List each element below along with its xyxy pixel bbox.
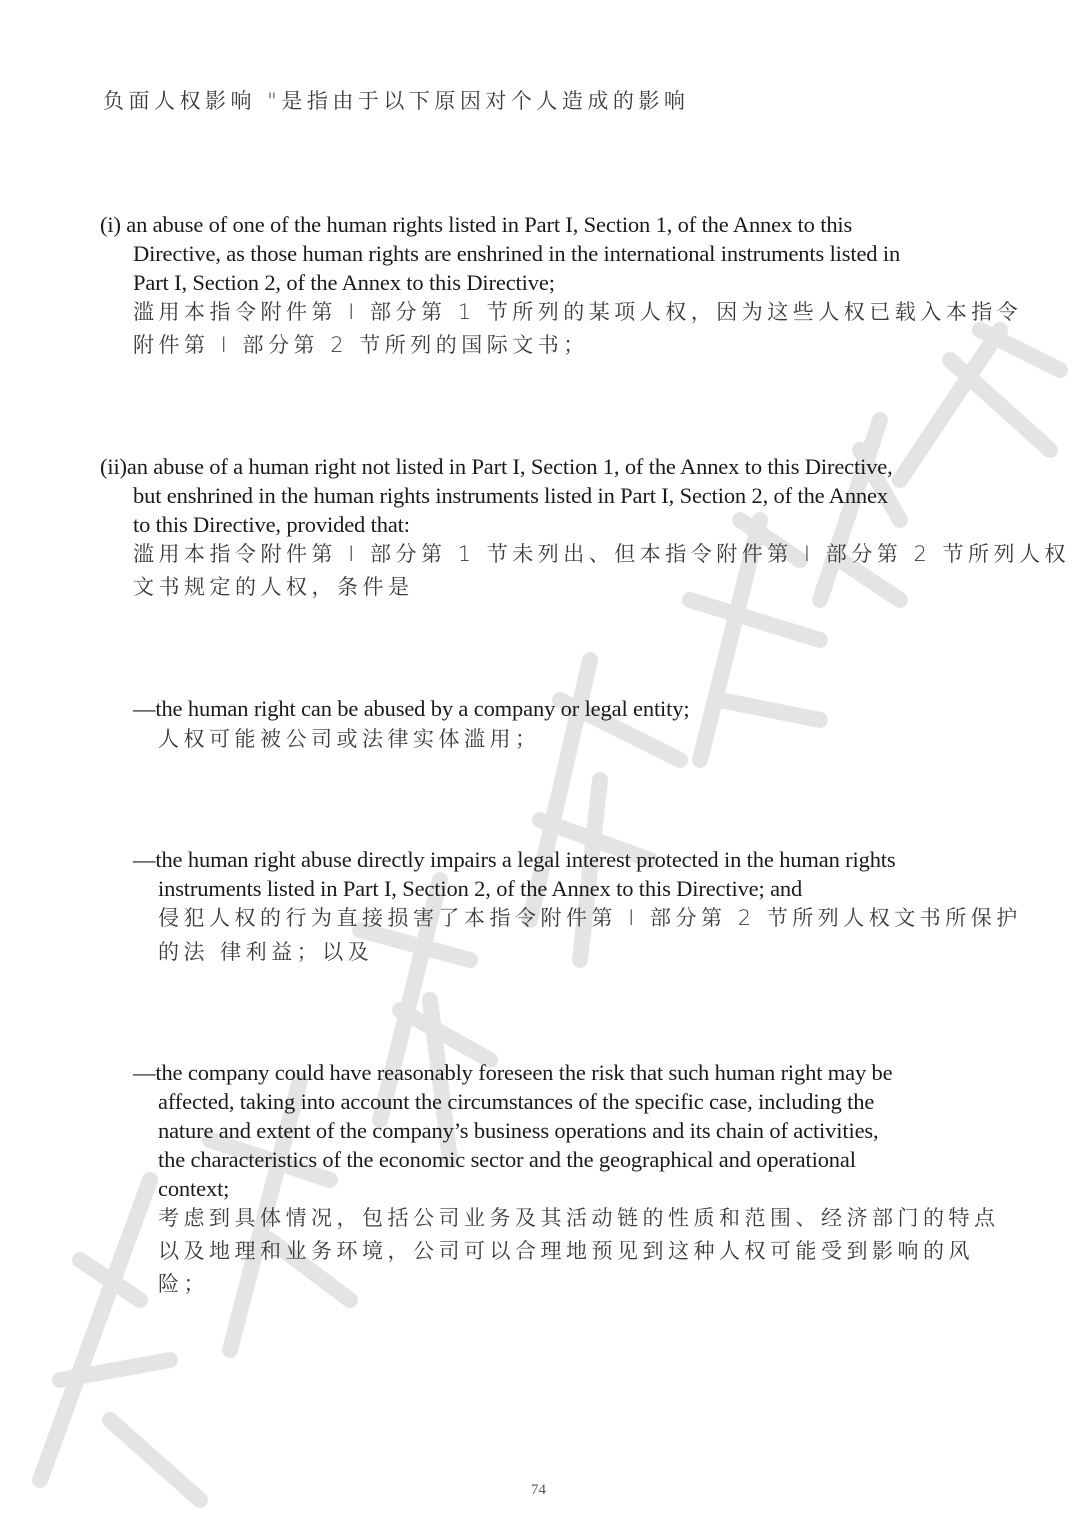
item-ii-en-line-2: but enshrined in the human rights instru… [133,481,888,510]
subitem-1-en-line-1: —the human right can be abused by a comp… [133,694,689,723]
subitem-3-en-line-1: —the company could have reasonably fores… [133,1058,893,1087]
item-ii-en-line-3: to this Directive, provided that: [133,510,410,539]
subitem-2-en-line-1: —the human right abuse directly impairs … [133,845,896,874]
item-ii-zh-line-2: 文书规定的人权，条件是 [133,572,414,603]
item-i-en-line-1: (i) an abuse of one of the human rights … [100,210,852,239]
subitem-2-zh-line-2: 的法 律利益；以及 [158,937,373,968]
item-i-zh-line-1: 滥用本指令附件第 I 部分第 1 节所列的某项人权，因为这些人权已载入本指令 [133,297,1022,328]
subitem-3-zh-line-2: 以及地理和业务环境，公司可以合理地预见到这种人权可能受到影响的风 [158,1236,974,1267]
item-i-zh-line-2: 附件第 I 部分第 2 节所列的国际文书； [133,330,589,361]
subitem-3-zh-line-1: 考虑到具体情况，包括公司业务及其活动链的性质和范围、经济部门的特点 [158,1203,1000,1234]
page-number: 74 [531,1482,546,1499]
item-ii-zh-line-1: 滥用本指令附件第 I 部分第 1 节未列出、但本指令附件第 I 部分第 2 节所… [133,539,1070,570]
subitem-3-en-line-2: affected, taking into account the circum… [158,1087,874,1116]
item-i-en-line-2: Directive, as those human rights are ens… [133,239,900,268]
item-i-en-line-3: Part I, Section 2, of the Annex to this … [133,268,555,297]
document-page: 负面人权影响 "是指由于以下原因对个人造成的影响 (i) an abuse of… [0,0,1080,1527]
subitem-3-en-line-3: nature and extent of the company’s busin… [158,1116,878,1145]
subitem-2-zh-line-1: 侵犯人权的行为直接损害了本指令附件第 I 部分第 2 节所列人权文书所保护 [158,903,1022,934]
definition-heading: 负面人权影响 "是指由于以下原因对个人造成的影响 [103,86,689,117]
subitem-3-en-line-5: context; [158,1174,229,1203]
subitem-3-en-line-4: the characteristics of the economic sect… [158,1145,856,1174]
item-ii-en-line-1: (ii)an abuse of a human right not listed… [100,452,893,481]
subitem-2-en-line-2: instruments listed in Part I, Section 2,… [158,874,802,903]
subitem-3-zh-line-3: 险； [158,1269,209,1300]
subitem-1-zh-line-1: 人权可能被公司或法律实体滥用； [158,724,541,755]
